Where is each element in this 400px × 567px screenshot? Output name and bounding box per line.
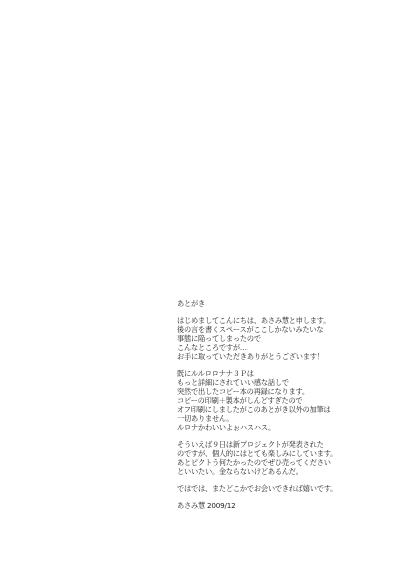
text-line: お手に取っていただきありがとうございます！ [177,352,377,361]
paragraph-about-book: 既にルルロロナナ３Ｐは もっと詳細にされていい感な話しで 突然で出したコピー本の… [177,369,377,432]
text-line: 一切ありません。 [177,414,377,423]
text-line: 既にルルロロナナ３Ｐは [177,369,377,378]
text-line: 事態に陥ってしまったので [177,334,377,343]
text-line: ルロナかわいいよぉハスハス。 [177,423,377,432]
afterword-title: あとがき [177,299,377,308]
text-line: 突然で出したコピー本の再録になります。 [177,387,377,396]
text-line: オフ印刷にしましたがこのあとがき以外の加筆は [177,405,377,414]
book-page: あとがき はじめましてこんにちは、あさみ慧と申します。 後の言を書くスペースがこ… [0,0,400,567]
text-line: のですが、個人的にはとても楽しみにしています。 [177,449,377,458]
paragraph-greeting: はじめましてこんにちは、あさみ慧と申します。 後の言を書くスペースがここしかない… [177,316,377,361]
text-line: といいたい。金ならないけどあるんだ。 [177,467,377,476]
author-signature: あさみ慧 2009/12 [177,501,377,510]
text-line: はじめましてこんにちは、あさみ慧と申します。 [177,316,377,325]
text-line: こんなところですが… [177,343,377,352]
text-line: もっと詳細にされていい感な話しで [177,378,377,387]
text-line: ではでは、またどこかでお会いできれば嬉いです。 [177,484,377,493]
text-line: コピーの印刷＋製本がしんどすぎたので [177,396,377,405]
text-line: あとピクトう何たかったのでぜひ売ってください [177,458,377,467]
afterword-section: あとがき はじめましてこんにちは、あさみ慧と申します。 後の言を書くスペースがこ… [177,299,377,510]
text-line: 後の言を書くスペースがここしかないみたいな [177,325,377,334]
paragraph-new-project: そういえば９日は新プロジェクトが発表された のですが、個人的にはとても楽しみにし… [177,440,377,476]
paragraph-closing: ではでは、またどこかでお会いできれば嬉いです。 [177,484,377,493]
text-line: そういえば９日は新プロジェクトが発表された [177,440,377,449]
